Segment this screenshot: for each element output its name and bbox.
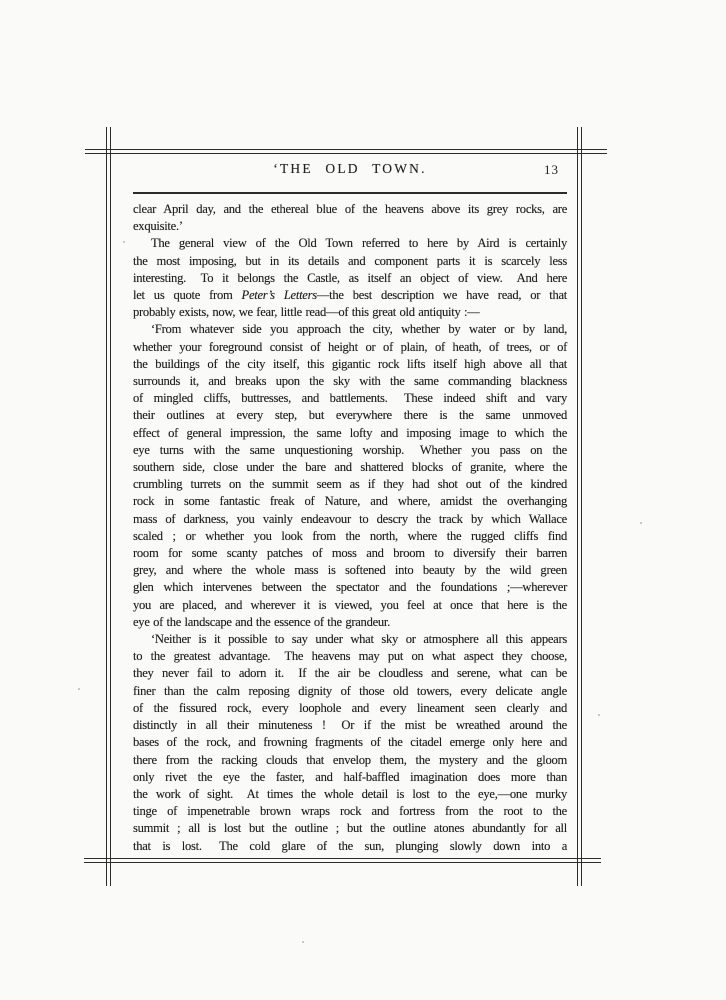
text-line: bases of the rock, and frowning fragment… [133,734,567,751]
paragraph: ‘From whatever side you approach the cit… [133,321,567,631]
text-line: eye turns with the same unquestioning wo… [133,442,567,459]
text-line: whether your foreground consist of heigh… [133,339,567,356]
text-line: only rivet the eye the faster, and half-… [133,769,567,786]
text-line: eye of the landscape and the essence of … [133,614,567,631]
text-line: that is lost. The cold glare of the sun,… [133,838,567,855]
text-line: let us quote from Peter’s Letters—the be… [133,287,567,304]
text-line: distinctly in all their minuteness ! Or … [133,717,567,734]
text-block: clear April day, and the ethereal blue o… [133,201,567,855]
text-line: interesting. To it belongs the Castle, a… [133,270,567,287]
paragraph: clear April day, and the ethereal blue o… [133,201,567,235]
plain-text: let us quote from [133,288,242,302]
scan-speck [640,522,642,524]
text-line: summit ; all is lost but the outline ; b… [133,820,567,837]
text-line: of the fissured rock, every loophole and… [133,700,567,717]
text-line: their outlines at every step, but everyw… [133,407,567,424]
text-line: ‘From whatever side you approach the cit… [133,321,567,338]
paragraph: ‘Neither is it possible to say under wha… [133,631,567,855]
frame-rule-right [577,127,582,886]
frame-rule-left [106,127,111,886]
text-line: effect of general impression, the same l… [133,425,567,442]
text-line: grey, and where the whole mass is soften… [133,562,567,579]
text-line: they never fail to adorn it. If the air … [133,665,567,682]
text-line: probably exists, now, we fear, little re… [133,304,567,321]
book-page: ‘THE OLD TOWN. 13 clear April day, and t… [0,0,726,1000]
scan-speck [598,714,600,716]
text-line: mass of darkness, you vainly endeavour t… [133,511,567,528]
text-line: ‘Neither is it possible to say under wha… [133,631,567,648]
text-line: the most imposing, but in its details an… [133,253,567,270]
scan-speck [78,688,80,690]
text-line: clear April day, and the ethereal blue o… [133,201,567,218]
frame-rule-top [85,149,607,154]
plain-text: —the best description we have read, or t… [317,288,567,302]
running-head: ‘THE OLD TOWN. 13 [133,161,567,179]
text-line: there from the racking clouds that envel… [133,752,567,769]
text-line: the work of sight. At times the whole de… [133,786,567,803]
text-line: scaled ; or whether you look from the no… [133,528,567,545]
text-line: of mingled cliffs, buttresses, and battl… [133,390,567,407]
text-line: room for some scanty patches of moss and… [133,545,567,562]
text-line: finer than the calm reposing dignity of … [133,683,567,700]
text-line: The general view of the Old Town referre… [133,235,567,252]
head-rule [133,192,567,194]
text-line: rock in some fantastic freak of Nature, … [133,493,567,510]
text-line: surrounds it, and breaks upon the sky wi… [133,373,567,390]
text-line: to the greatest advantage. The heavens m… [133,648,567,665]
text-line: you are placed, and wherever it is viewe… [133,597,567,614]
italic-text: Peter’s Letters [242,288,317,302]
text-line: tinge of impenetrable brown wraps rock a… [133,803,567,820]
text-line: the buildings of the city itself, this g… [133,356,567,373]
text-line: glen which intervenes between the specta… [133,579,567,596]
text-line: crumbling turrets on the summit seem as … [133,476,567,493]
paragraph: The general view of the Old Town referre… [133,235,567,321]
text-line: southern side, close under the bare and … [133,459,567,476]
scan-speck [123,241,125,243]
page-title: ‘THE OLD TOWN. [133,161,567,177]
frame-rule-bottom [84,858,601,863]
page-number: 13 [544,162,559,178]
text-line: exquisite.’ [133,218,567,235]
scan-speck [302,941,304,943]
